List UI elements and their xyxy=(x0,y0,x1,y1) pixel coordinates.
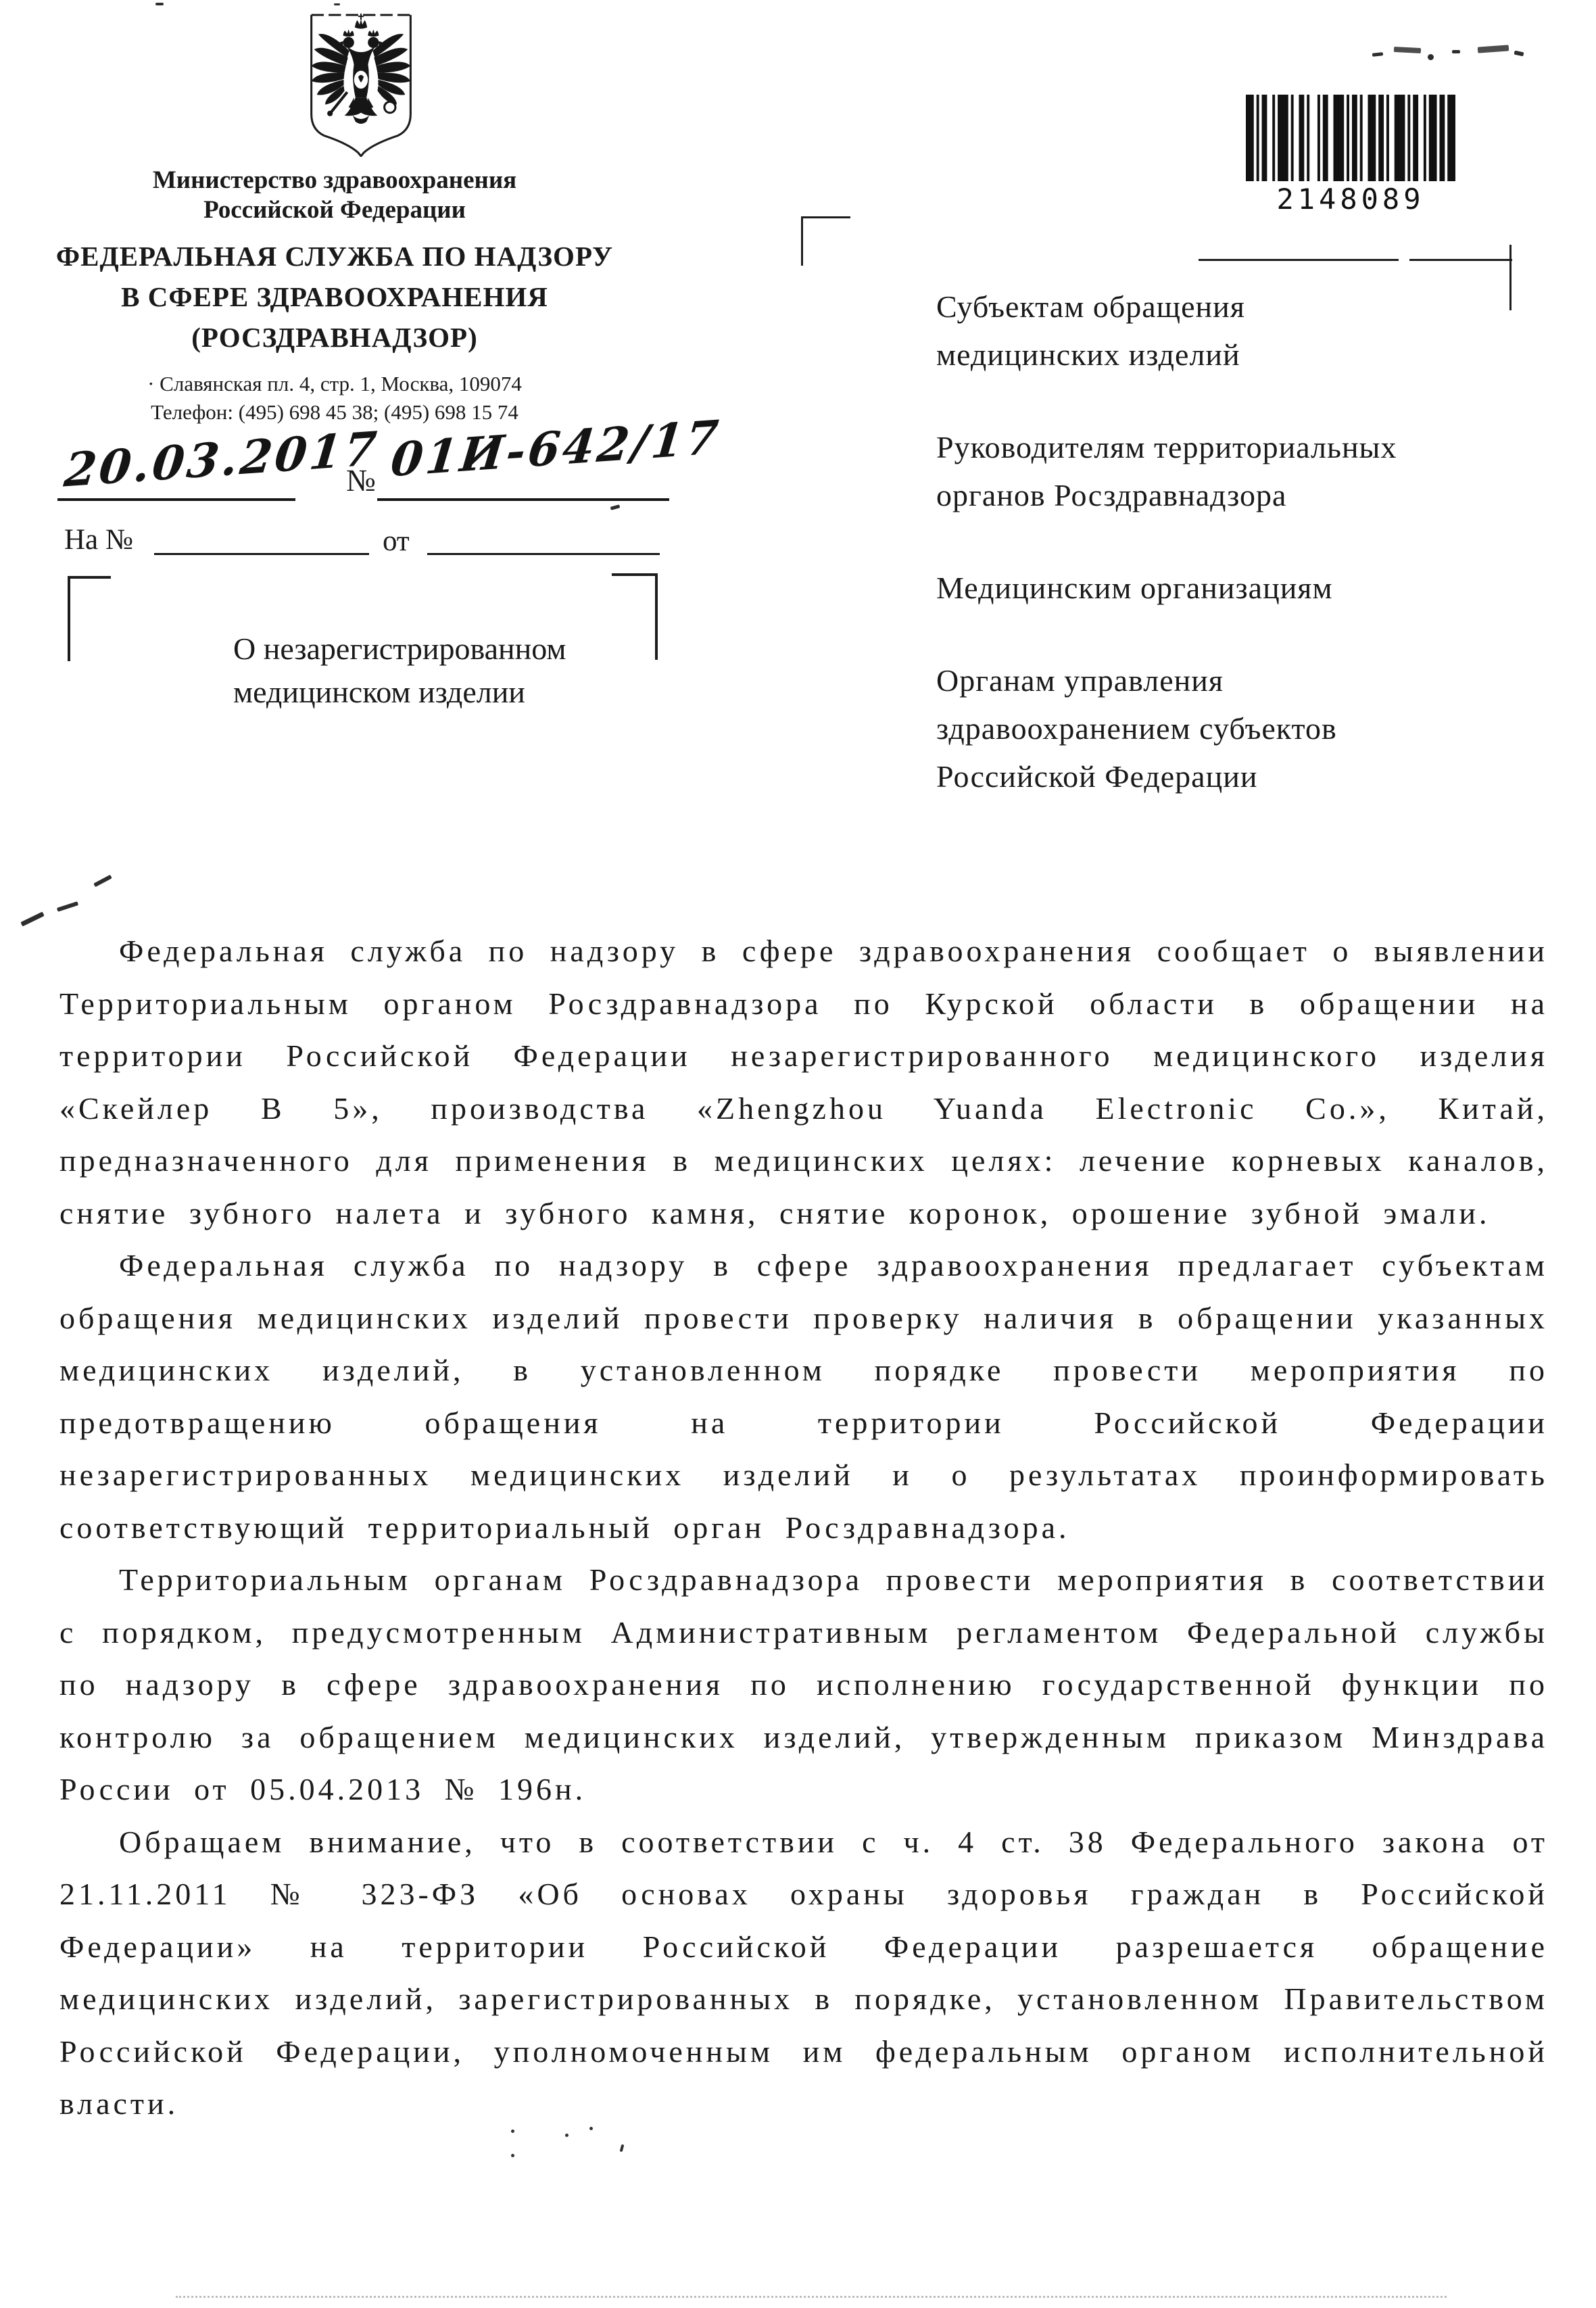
body-paragraph-2: Федеральная служба по надзору в сфере зд… xyxy=(59,1239,1548,1554)
addressee-line: органов Росздравнадзора xyxy=(936,471,1572,519)
recipient-frame-corner xyxy=(801,216,850,266)
postal-address: · Славянская пл. 4, стр. 1, Москва, 1090… xyxy=(27,370,642,398)
service-name-line2: В СФЕРЕ ЗДРАВООХРАНЕНИЯ xyxy=(27,277,642,317)
bottom-scan-line xyxy=(176,2296,1447,2298)
subject-block: О незарегистрированном медицинском издел… xyxy=(233,627,566,714)
number-underline xyxy=(377,498,669,501)
addressee-line: медицинских изделий xyxy=(936,331,1572,379)
pen-stroke xyxy=(57,901,78,912)
pen-stroke xyxy=(93,875,112,887)
subject-line2: медицинском изделии xyxy=(233,671,566,714)
ministry-name-line2: Российской Федерации xyxy=(27,195,642,225)
ink-speck xyxy=(620,2144,625,2153)
scan-artifact xyxy=(1452,50,1460,53)
body-paragraph-1: Федеральная служба по надзору в сфере зд… xyxy=(59,925,1548,1239)
from-date-underline xyxy=(427,553,660,555)
recipient-rule-line-segment xyxy=(1409,259,1512,261)
addressee-medical-organizations: Медицинским организациям xyxy=(936,564,1572,612)
scan-artifact xyxy=(1372,52,1383,57)
addressee-line: здравоохранением субъектов xyxy=(936,704,1572,752)
registration-barcode: 2148089 xyxy=(1246,95,1455,214)
ink-speck xyxy=(589,2127,593,2130)
addressee-list: Субъектам обращения медицинских изделий … xyxy=(936,283,1572,845)
date-underline xyxy=(57,498,295,501)
letterhead: Министерство здравоохранения Российской … xyxy=(27,166,642,427)
from-date-label: от xyxy=(383,525,410,558)
ink-speck xyxy=(511,2130,514,2133)
addressee-line: Медицинским организациям xyxy=(936,564,1572,612)
addressee-subjects-of-circulation: Субъектам обращения медицинских изделий xyxy=(936,283,1572,379)
scan-artifact xyxy=(1428,54,1434,60)
ink-speck xyxy=(511,2154,514,2157)
barcode-bars xyxy=(1246,95,1455,181)
addressee-territorial-heads: Руководителям территориальных органов Ро… xyxy=(936,423,1572,519)
address-frame-corner-left xyxy=(68,576,111,661)
number-sign: № xyxy=(346,462,376,498)
ministry-name-line1: Министерство здравоохранения xyxy=(27,166,642,195)
service-name: ФЕДЕРАЛЬНАЯ СЛУЖБА ПО НАДЗОРУ В СФЕРЕ ЗД… xyxy=(27,236,642,358)
service-name-line1: ФЕДЕРАЛЬНАЯ СЛУЖБА ПО НАДЗОРУ xyxy=(27,236,642,277)
contact-block: · Славянская пл. 4, стр. 1, Москва, 1090… xyxy=(27,370,642,427)
barcode-number: 2148089 xyxy=(1246,185,1455,214)
scan-artifact xyxy=(1394,47,1421,53)
subject-line1: О незарегистрированном xyxy=(233,627,566,671)
scan-artifact xyxy=(334,3,340,5)
scan-artifact xyxy=(1478,45,1509,53)
service-name-line3: (РОСЗДРАВНАДЗОР) xyxy=(27,317,642,358)
scan-artifact xyxy=(155,3,164,5)
recipient-rule-line xyxy=(1199,259,1399,261)
body-paragraph-4: Обращаем внимание, что в соответствии с … xyxy=(59,1816,1548,2130)
russia-coat-of-arms-icon xyxy=(306,11,416,157)
ink-speck xyxy=(565,2134,569,2137)
pen-stroke xyxy=(20,911,44,926)
in-reply-to-underline xyxy=(154,553,369,555)
in-reply-to-label: На № xyxy=(64,523,133,556)
addressee-line: Российской Федерации xyxy=(936,752,1572,800)
ink-mark xyxy=(610,504,621,510)
addressee-line: Органам управления xyxy=(936,656,1572,704)
scan-artifact xyxy=(1514,51,1524,57)
addressee-line: Субъектам обращения xyxy=(936,283,1572,331)
addressee-line: Руководителям территориальных xyxy=(936,423,1572,471)
addressee-health-authorities: Органам управления здравоохранением субъ… xyxy=(936,656,1572,800)
handwritten-date: 20.03.2017 xyxy=(62,421,381,498)
body-paragraph-3: Территориальным органам Росздравнадзора … xyxy=(59,1554,1548,1816)
scanned-letter-page: Министерство здравоохранения Российской … xyxy=(0,0,1596,2308)
letter-body: Федеральная служба по надзору в сфере зд… xyxy=(59,925,1548,2130)
address-frame-corner-right xyxy=(612,573,658,660)
